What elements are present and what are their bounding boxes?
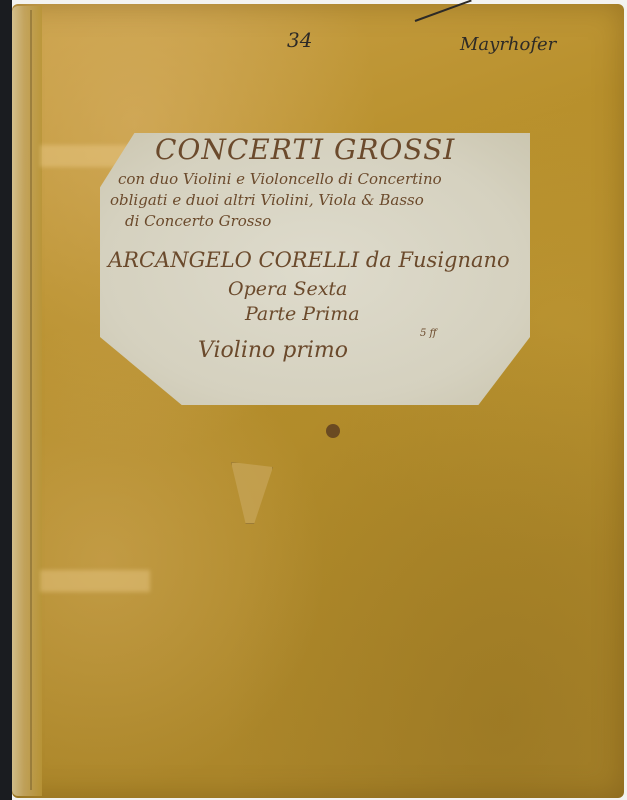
instrument: Violino primo [198, 338, 348, 363]
title: CONCERTI GROSSI [155, 133, 455, 166]
spine-fold [30, 10, 32, 790]
folio-note: 5 ff [420, 328, 437, 339]
opus: Opera Sexta [228, 278, 347, 300]
subtitle-line-1: con duo Violini e Violoncello di Concert… [118, 170, 442, 188]
part: Parte Prima [245, 303, 360, 325]
composer: ARCANGELO CORELLI da Fusignano [108, 248, 510, 272]
background-edge [0, 0, 12, 800]
book-spine [12, 6, 42, 796]
ink-spot [326, 424, 340, 438]
subtitle-line-2: obligati e duoi altri Violini, Viola & B… [110, 191, 424, 209]
owner-signature: Mayrhofer [460, 34, 556, 55]
shelf-number: 34 [287, 28, 312, 52]
spine-band [40, 570, 150, 592]
subtitle-line-3: di Concerto Grosso [125, 212, 271, 230]
